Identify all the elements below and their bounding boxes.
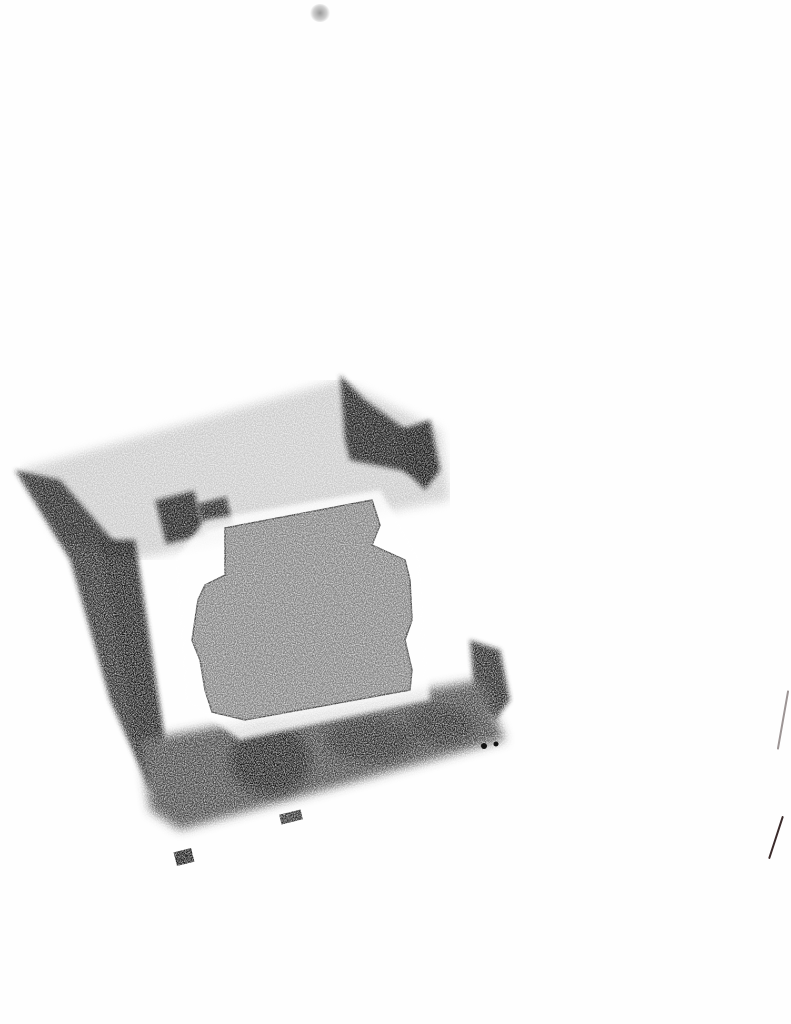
monotype-print [0,0,791,1024]
scanned-page [0,0,791,1024]
print-artwork [0,0,791,1024]
